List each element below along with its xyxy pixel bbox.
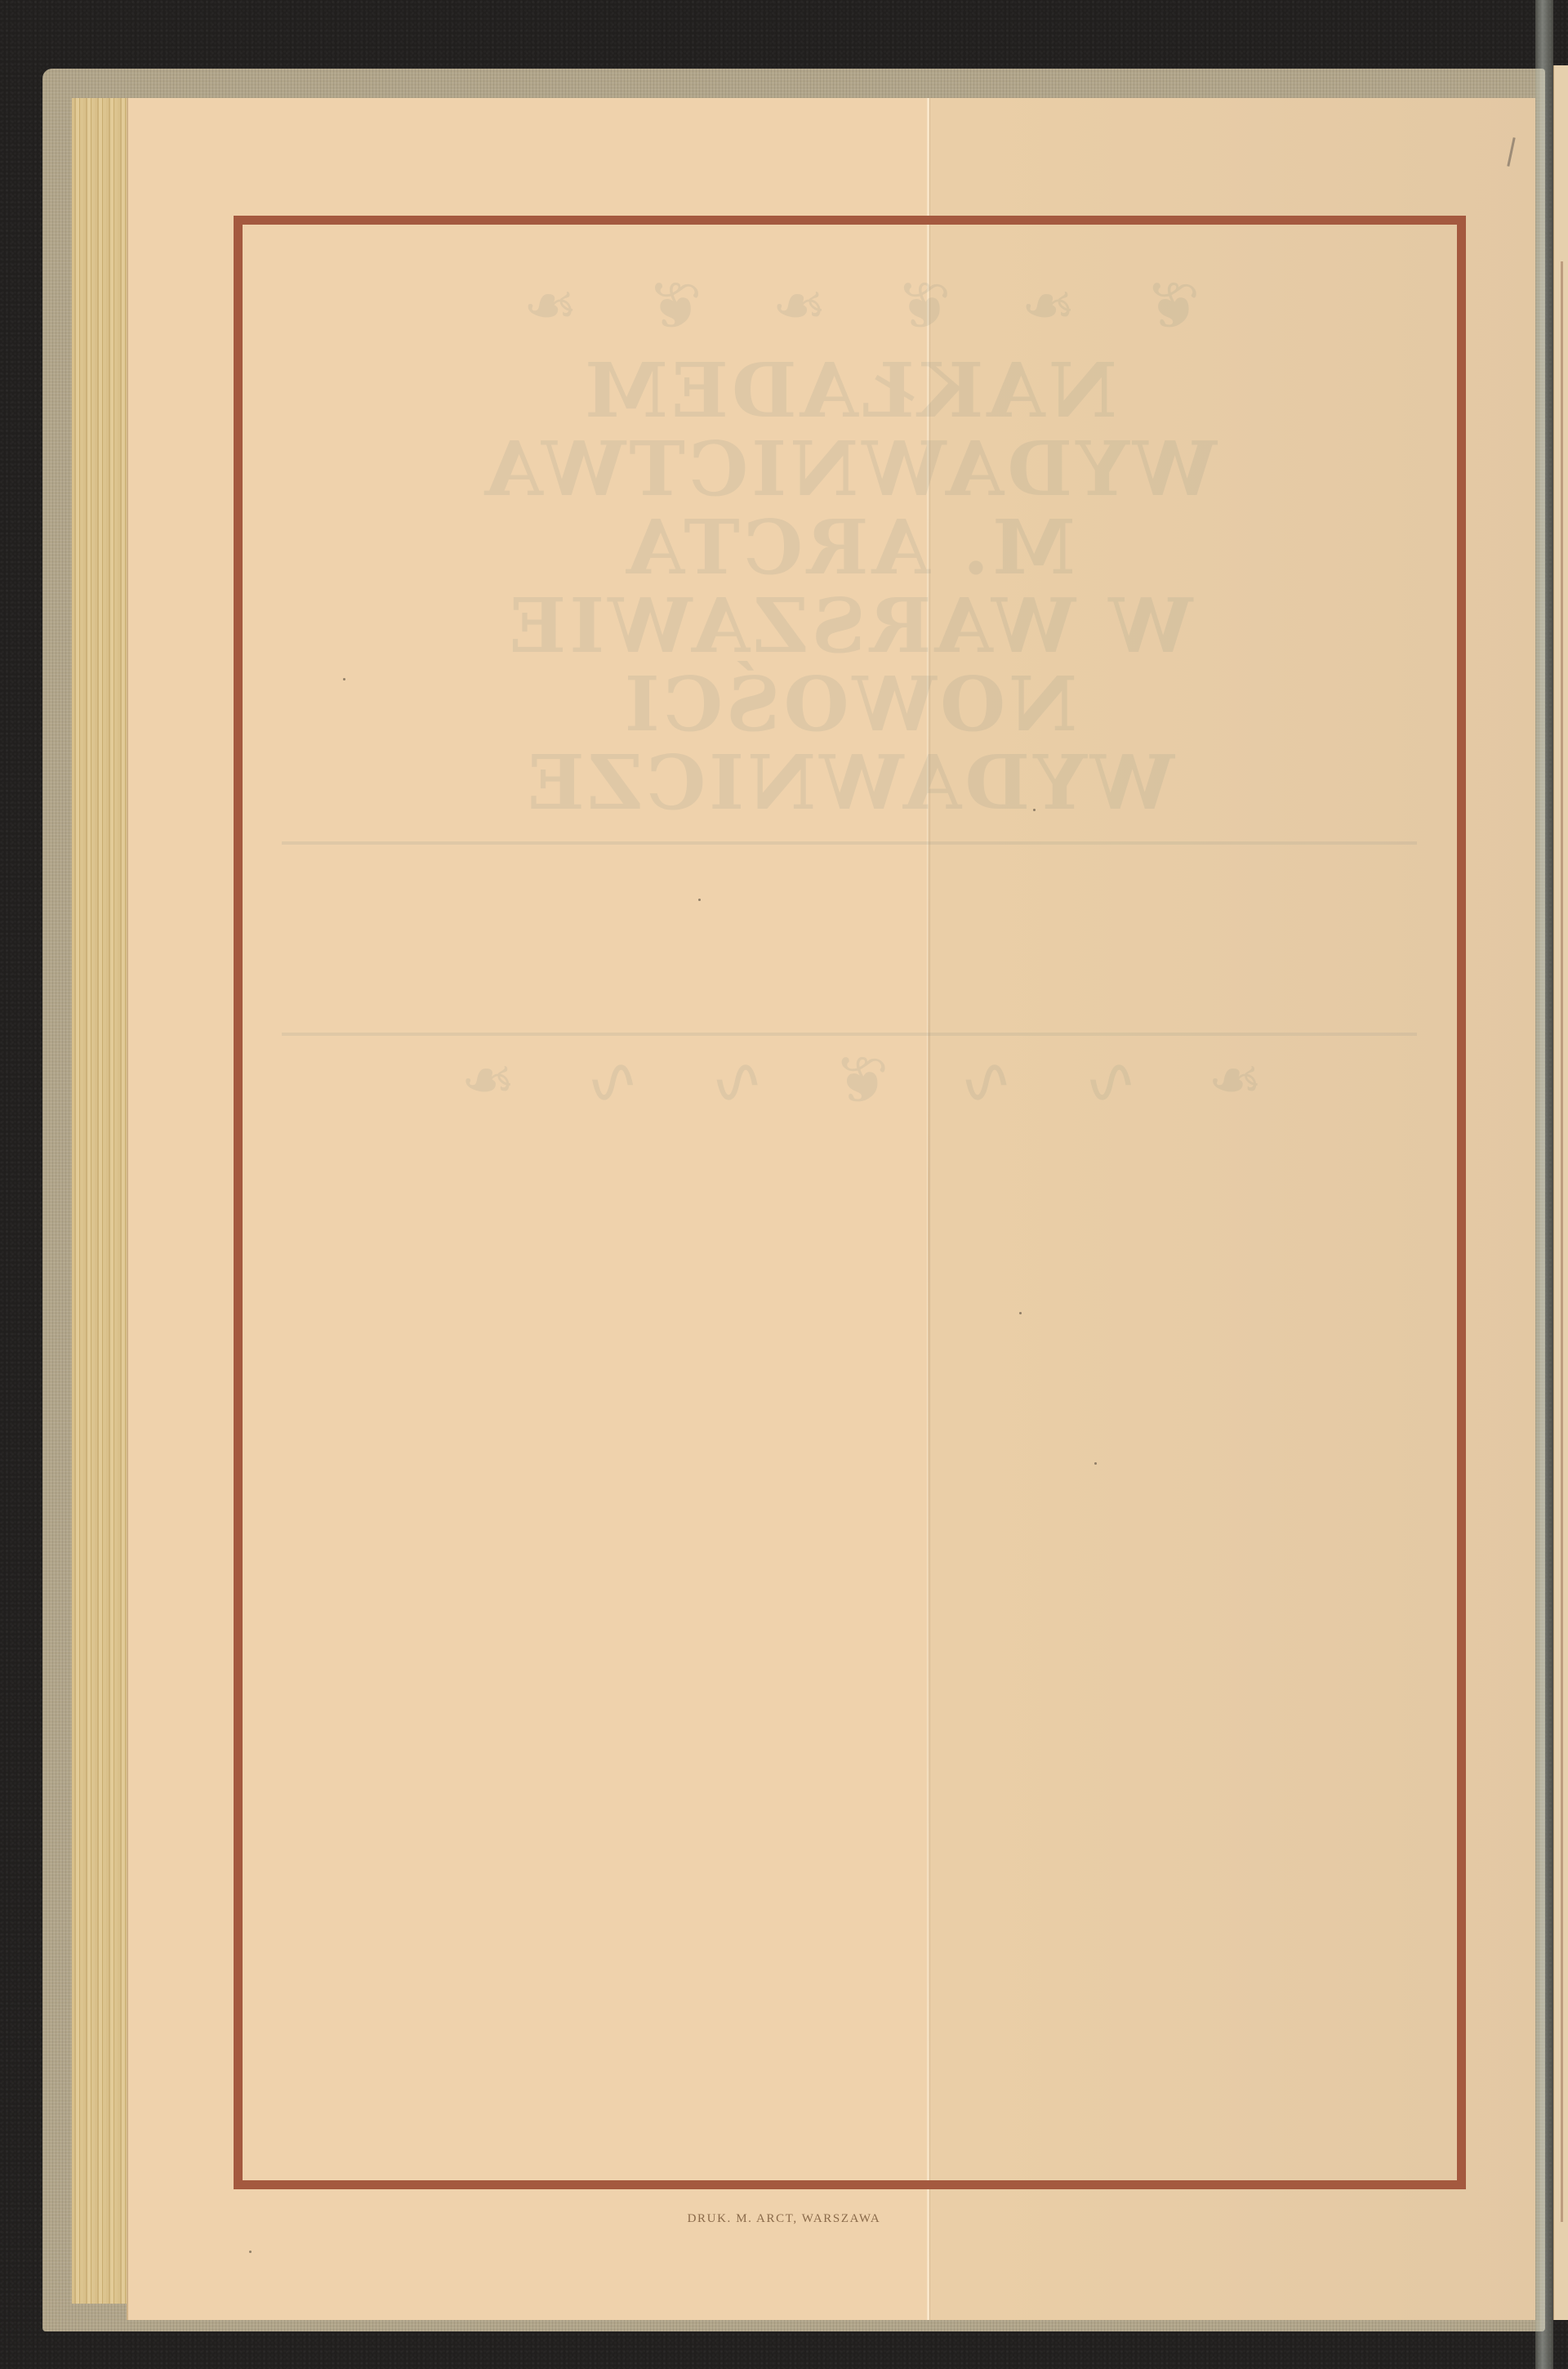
adjacent-page-edge — [1553, 65, 1568, 2320]
paper-speck — [249, 2251, 252, 2253]
paper-speck — [698, 899, 701, 901]
paper-speck — [343, 678, 345, 680]
page-edge-stack — [72, 98, 129, 2304]
adjacent-page-rule — [1561, 261, 1563, 2222]
page-border-frame — [234, 216, 1466, 2189]
scan-scene: ❦ ❧ ❦ ❧ ❦ ❧ NAKŁADEM WYDAWNICTWA M. ARCT… — [0, 0, 1568, 2369]
paper-speck — [1094, 1462, 1097, 1465]
printer-imprint: DRUK. M. ARCT, WARSZAWA — [0, 2212, 1568, 2226]
paper-speck — [1033, 809, 1036, 811]
paper-speck — [1019, 1312, 1022, 1314]
scan-glass-edge — [1535, 0, 1553, 2369]
